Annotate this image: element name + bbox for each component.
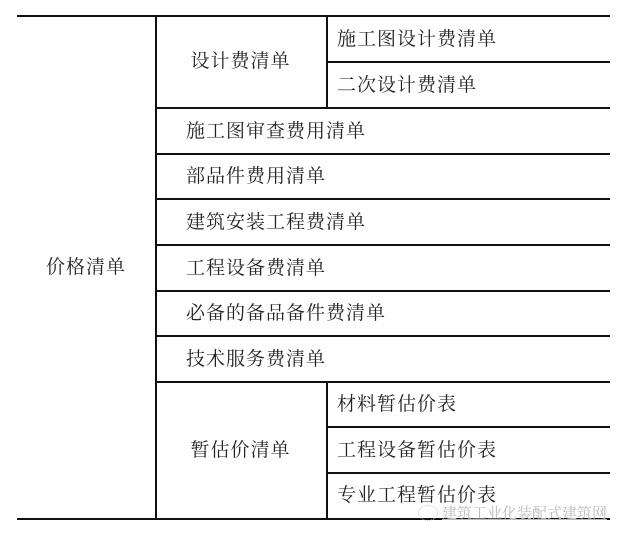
item-technical-service-fee: 技术服务费清单	[186, 336, 326, 382]
item-secondary-design-fee: 二次设计费清单	[337, 62, 477, 108]
column-divider	[326, 15, 328, 108]
item-construction-install-fee: 建筑安装工程费清单	[186, 199, 366, 245]
item-equipment-fee: 工程设备费清单	[186, 245, 326, 291]
column-divider	[326, 381, 328, 519]
item-drawing-review-fee: 施工图审查费用清单	[186, 108, 366, 154]
root-category-label: 价格清单	[17, 244, 155, 290]
item-components-fee: 部品件费用清单	[186, 153, 326, 199]
item-spare-parts-fee: 必备的备品备件费清单	[186, 290, 386, 336]
item-material-provisional-price: 材料暂估价表	[337, 381, 457, 427]
item-equipment-provisional-price: 工程设备暂估价表	[337, 427, 497, 473]
item-construction-drawing-design-fee: 施工图设计费清单	[337, 16, 497, 62]
group-label-provisional-price: 暂估价清单	[155, 427, 326, 473]
group-label-design-fee: 设计费清单	[155, 38, 326, 84]
wechat-icon	[418, 505, 438, 521]
table-top-border	[17, 15, 610, 17]
watermark-text: 建筑工业化装配式建筑网	[442, 502, 607, 523]
